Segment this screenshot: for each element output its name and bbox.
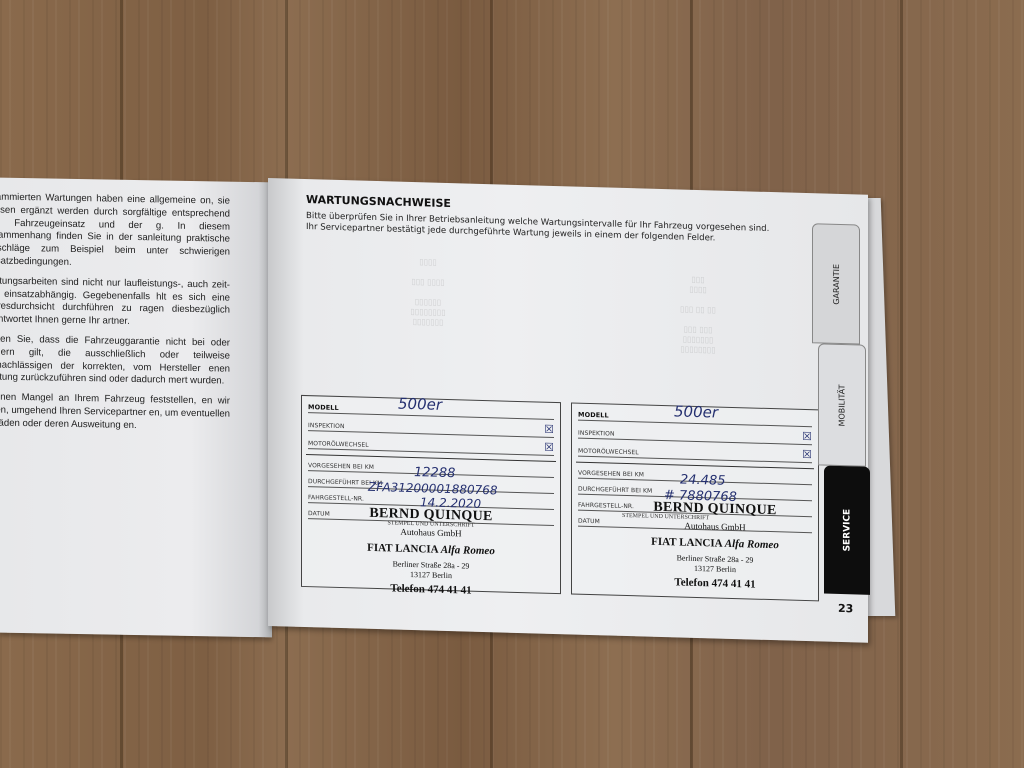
left-paragraph: ogrammierten Wartungen haben eine allgem…: [0, 191, 230, 272]
field-label: MODELL: [308, 403, 339, 412]
field-inspektion: INSPEKTION: [578, 426, 812, 446]
field-label: VORGESEHEN BEI KM: [308, 462, 374, 471]
motoroelwechsel-checkbox-icon: ☒: [544, 441, 554, 454]
service-record-1: MODELL 500er INSPEKTION ☒ MOTORÖLWECHSEL…: [301, 395, 561, 594]
field-label: MOTORÖLWECHSEL: [308, 440, 369, 449]
inspektion-checkbox-icon: ☒: [544, 423, 554, 436]
motoroelwechsel-checkbox-icon: ☒: [802, 448, 812, 461]
field-motoroelwechsel: MOTORÖLWECHSEL: [308, 436, 554, 456]
service-record-2: MODELL 500er INSPEKTION ☒ MOTORÖLWECHSEL…: [571, 402, 819, 601]
tab-label: GARANTIE: [831, 263, 840, 304]
page-title: WARTUNGSNACHWEISE: [306, 193, 451, 210]
tab-service[interactable]: SERVICE: [824, 466, 870, 595]
stamp-phone: Telefon 474 41 41: [612, 575, 818, 593]
stamp-address: Berliner Straße 28a - 2913127 Berlin: [612, 552, 818, 578]
tab-label: MOBILITÄT: [838, 384, 847, 426]
brand-fiat-lancia: FIAT LANCIA: [367, 542, 438, 556]
left-paragraph: achten Sie, dass die Fahrzeuggarantie ni…: [0, 333, 230, 389]
left-page-text: ogrammierten Wartungen haben eine allgem…: [0, 191, 230, 441]
modell-value: 500er: [398, 395, 442, 414]
inspektion-checkbox-icon: ☒: [802, 430, 812, 443]
stamp-brands: FIAT LANCIA Alfa Romeo: [612, 535, 818, 553]
field-label: MODELL: [578, 411, 609, 420]
field-label: INSPEKTION: [578, 430, 615, 438]
field-label: DURCHGEFÜHRT BEI KM: [578, 486, 652, 495]
brand-fiat-lancia: FIAT LANCIA: [651, 536, 722, 550]
tab-label: SERVICE: [842, 509, 852, 552]
left-paragraph: Wartungsarbeiten sind nicht nur laufleis…: [0, 275, 230, 331]
left-page: ogrammierten Wartungen haben eine allgem…: [0, 178, 272, 638]
page-intro: Bitte überprüfen Sie in Ihrer Betriebsan…: [306, 211, 776, 246]
show-through-text: ▯▯▯▯▯▯▯▯▯▯ ▯▯ ▯▯▯▯▯ ▯▯▯▯▯▯▯▯▯▯▯▯▯▯▯▯▯▯: [638, 273, 758, 356]
tab-garantie[interactable]: GARANTIE: [812, 223, 860, 344]
right-page: WARTUNGSNACHWEISE Bitte überprüfen Sie i…: [268, 178, 868, 643]
tab-mobilitaet[interactable]: MOBILITÄT: [818, 343, 866, 466]
durchgefuehrt-km-value: 12288: [414, 465, 455, 481]
field-label: INSPEKTION: [308, 422, 345, 430]
field-label: VORGESEHEN BEI KM: [578, 470, 644, 479]
field-label: FAHRGESTELL-NR.: [308, 494, 364, 503]
field-label: DATUM: [578, 518, 600, 526]
page-number: 23: [838, 602, 853, 615]
field-motoroelwechsel: MOTORÖLWECHSEL: [578, 444, 812, 464]
durchgefuehrt-km-value: 24.485: [680, 473, 726, 489]
dealer-stamp: BERND QUINQUE STEMPEL UND UNTERSCHRIFT A…: [302, 504, 560, 599]
brand-alfa-romeo: Alfa Romeo: [725, 538, 779, 552]
show-through-text: ▯▯▯▯▯▯▯ ▯▯▯▯▯▯▯▯▯▯▯▯▯▯▯▯▯▯▯▯▯▯▯▯▯: [368, 256, 488, 329]
field-label: MOTORÖLWECHSEL: [578, 448, 639, 457]
stamp-brands: FIAT LANCIA Alfa Romeo: [302, 540, 560, 559]
modell-value: 500er: [674, 402, 718, 421]
dealer-stamp: BERND QUINQUE STEMPEL UND UNTERSCHRIFT A…: [612, 499, 818, 593]
field-inspektion: INSPEKTION: [308, 418, 554, 438]
brand-alfa-romeo: Alfa Romeo: [441, 544, 495, 558]
left-paragraph: e einen Mangel an Ihrem Fahrzeug festste…: [0, 391, 230, 434]
